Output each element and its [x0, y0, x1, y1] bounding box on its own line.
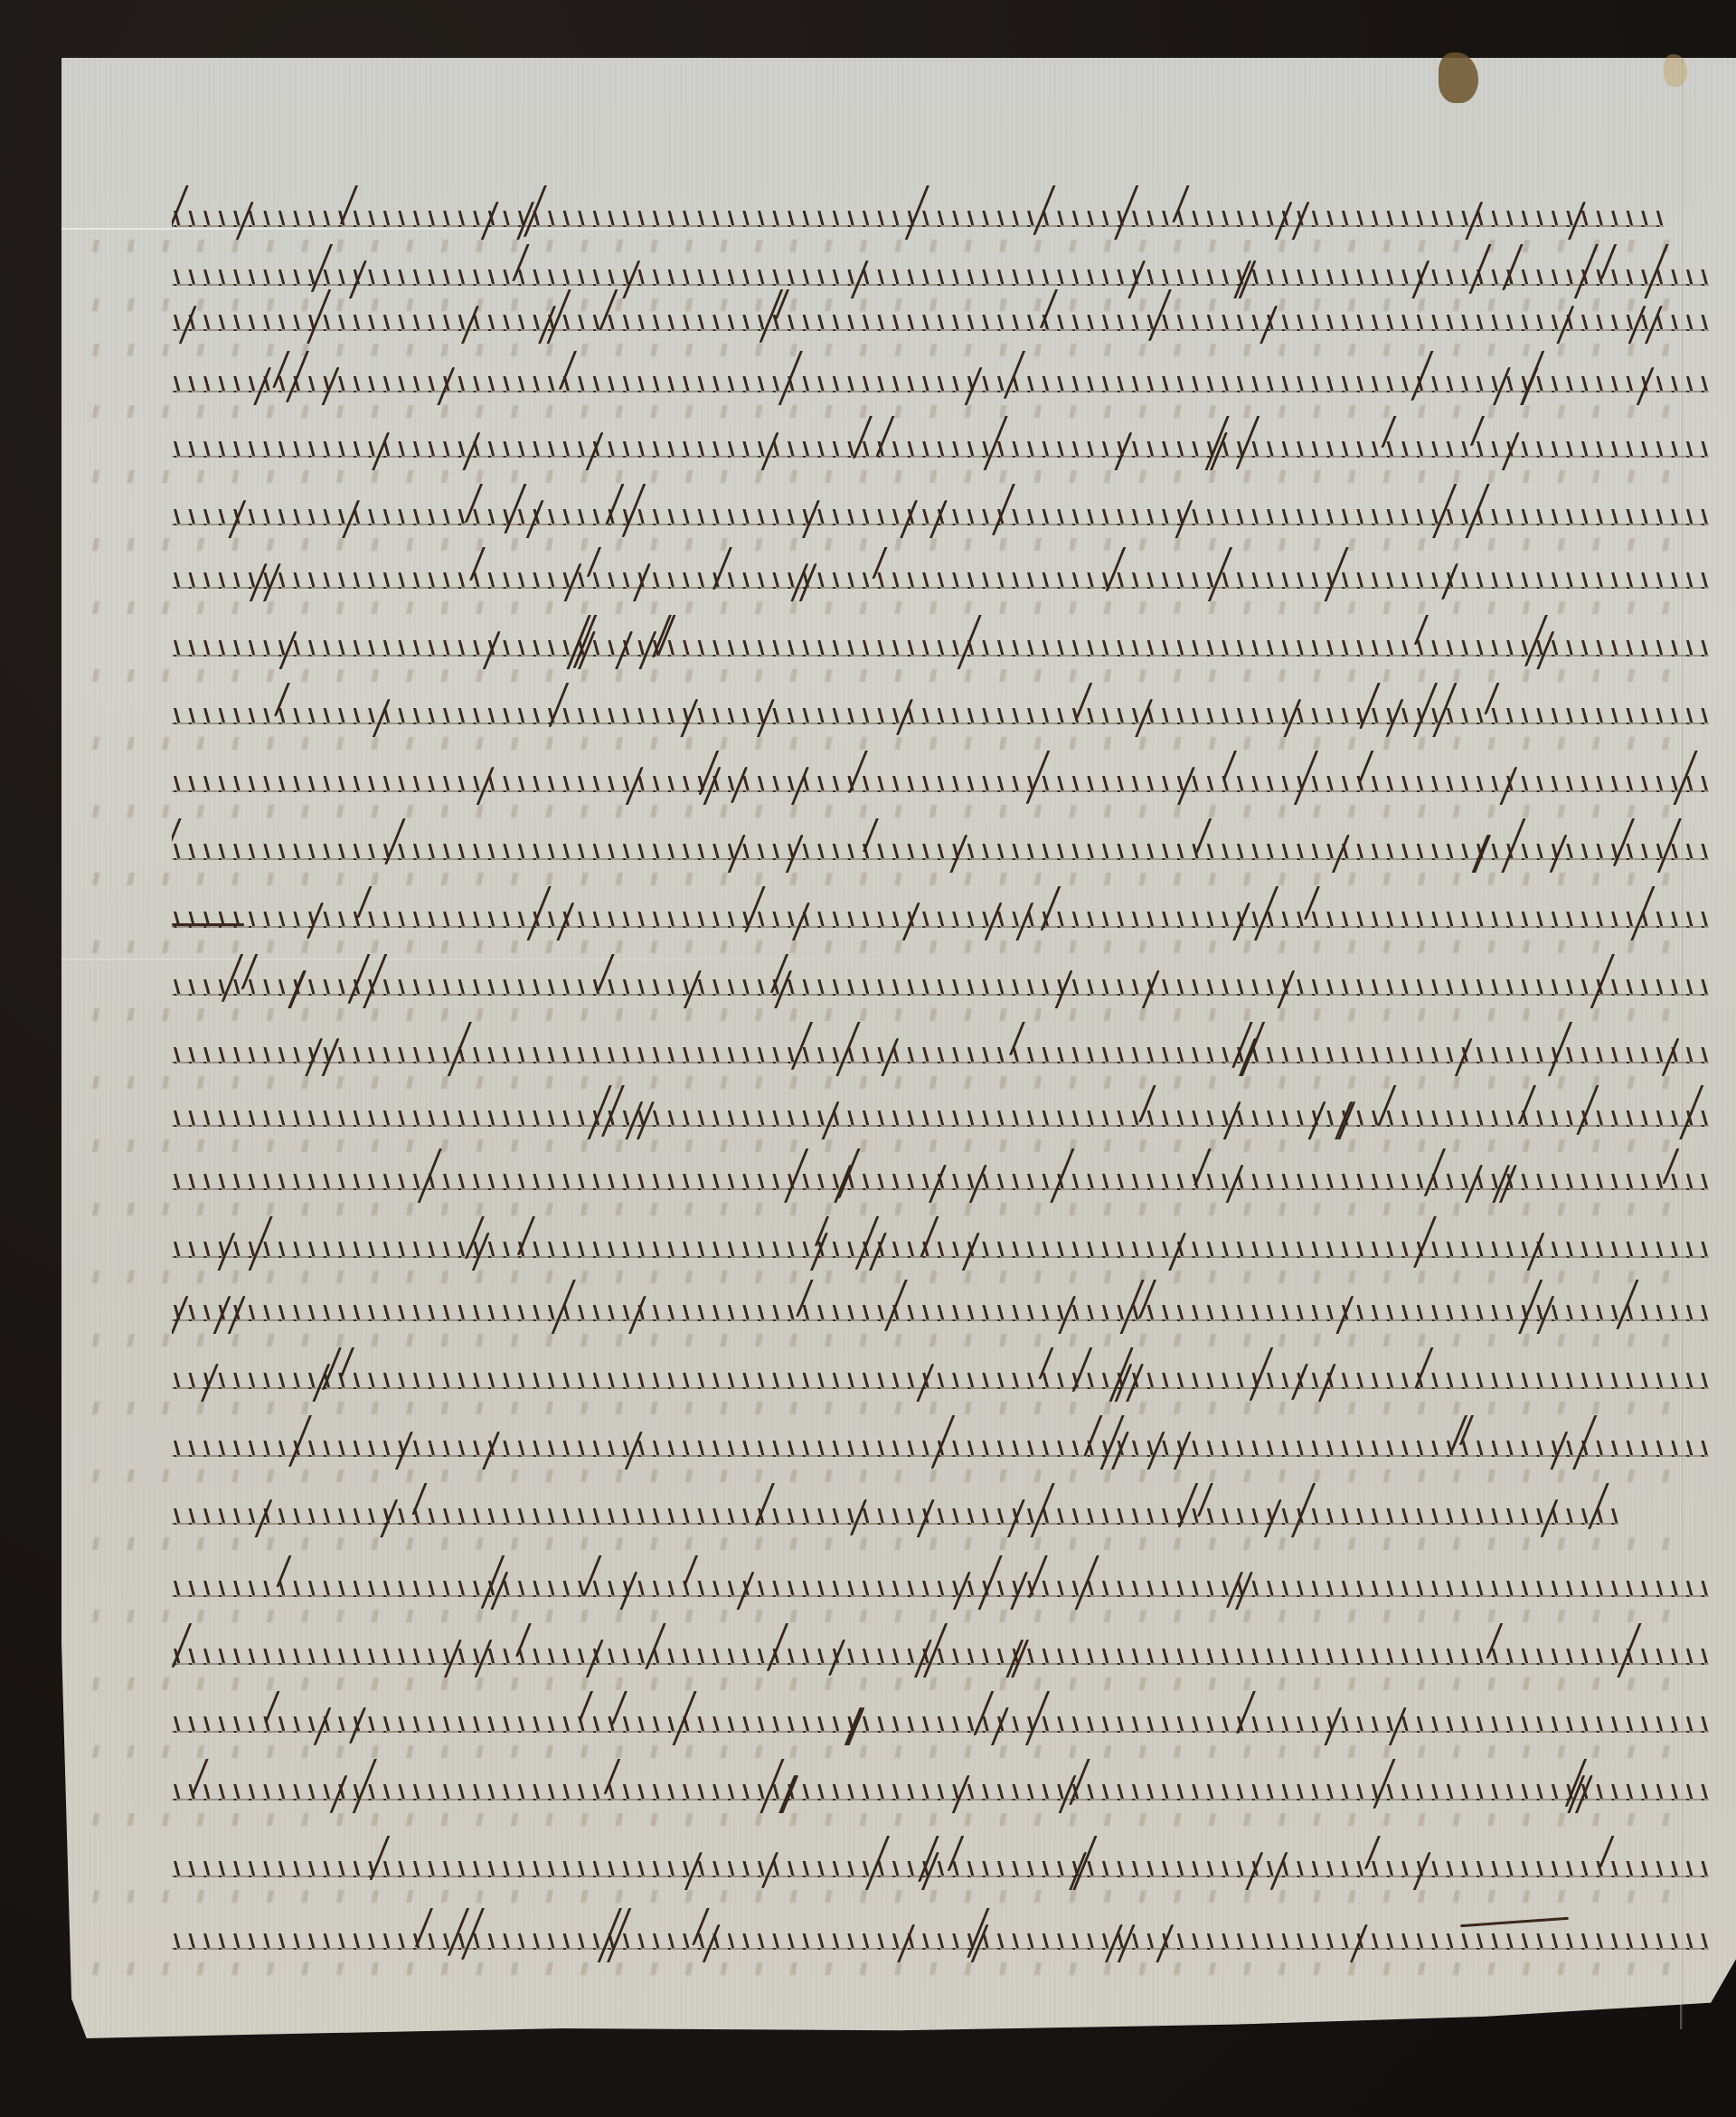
handwritten-line: [172, 1555, 1709, 1610]
bleed-through-ink: [81, 1813, 1673, 1826]
handwritten-line: [172, 289, 1709, 344]
bleed-through-ink: [81, 1962, 1673, 1975]
handwritten-line: [172, 1836, 1709, 1890]
handwritten-line: [172, 1759, 1709, 1813]
bleed-through-ink: [81, 1008, 1673, 1021]
bleed-through-ink: [81, 1678, 1673, 1690]
handwritten-line: [172, 185, 1664, 240]
bleed-through-ink: [81, 737, 1673, 750]
bleed-through-ink: [81, 601, 1673, 614]
handwritten-line: [172, 1085, 1709, 1139]
handwritten-line: [172, 1483, 1618, 1537]
handwritten-line: [172, 416, 1709, 470]
handwritten-line: [172, 683, 1709, 737]
handwritten-line: [172, 615, 1709, 669]
bleed-through-ink: [81, 1203, 1673, 1215]
bleed-through-ink: [81, 1470, 1673, 1482]
bleed-through-ink: [81, 470, 1673, 483]
handwritten-line: [172, 886, 1709, 940]
handwritten-line: [172, 1908, 1709, 1962]
bleed-through-ink: [81, 1537, 1673, 1550]
handwritten-line: [172, 1415, 1709, 1470]
bleed-through-ink: [81, 1402, 1673, 1414]
handwritten-line: [172, 1022, 1709, 1076]
handwritten-line: [172, 1623, 1709, 1678]
water-stain: [1664, 54, 1687, 87]
handwritten-line: [172, 1280, 1709, 1334]
bleed-through-ink: [81, 669, 1673, 682]
handwritten-line: [172, 351, 1709, 405]
handwritten-line: [172, 751, 1709, 805]
handwritten-line: [172, 484, 1709, 538]
bleed-through-ink: [81, 1610, 1673, 1622]
handwritten-line: [172, 1691, 1709, 1745]
bleed-through-ink: [81, 1745, 1673, 1758]
bleed-through-ink: [81, 1334, 1673, 1347]
handwritten-line: [172, 1216, 1709, 1271]
handwritten-line: [172, 818, 1709, 873]
bleed-through-ink: [81, 873, 1673, 885]
handwritten-line: [172, 1148, 1709, 1203]
bleed-through-ink: [81, 805, 1673, 818]
bleed-through-ink: [81, 940, 1673, 953]
handwritten-line: [172, 954, 1709, 1008]
handwritten-line: [172, 1347, 1709, 1402]
underline-stroke: [172, 923, 244, 926]
handwritten-line: [172, 547, 1709, 601]
bleed-through-ink: [81, 1890, 1673, 1903]
